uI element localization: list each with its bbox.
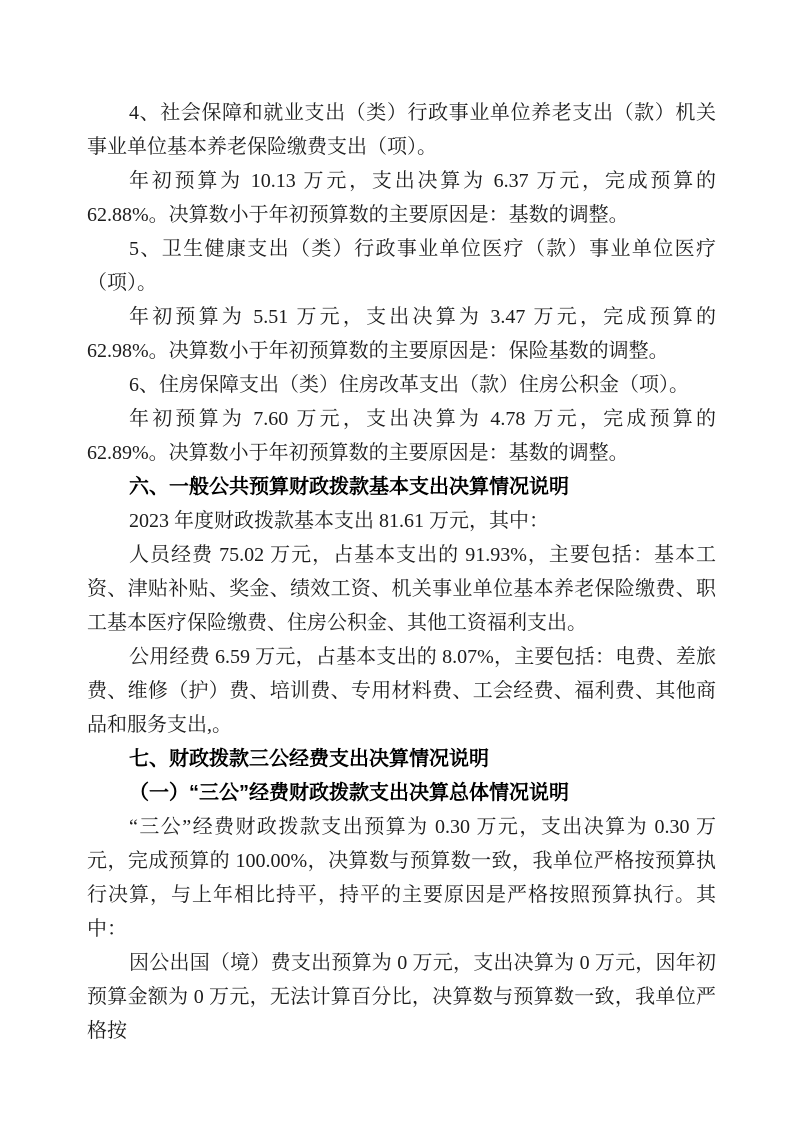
paragraph-item5-budget-detail: 年初预算为 5.51 万元，支出决算为 3.47 万元，完成预算的 62.98%… xyxy=(87,300,716,368)
heading-section-6-basic-expenditure: 六、一般公共预算财政拨款基本支出决算情况说明 xyxy=(87,470,716,504)
paragraph-item5-health-title: 5、卫生健康支出（类）行政事业单位医疗（款）事业单位医疗（项）。 xyxy=(87,232,716,300)
paragraph-public-funds: 公用经费 6.59 万元，占基本支出的 8.07%，主要包括：电费、差旅费、维修… xyxy=(87,640,716,742)
document-body: 4、社会保障和就业支出（类）行政事业单位养老支出（款）机关事业单位基本养老保险缴… xyxy=(87,96,716,1048)
paragraph-personnel-funds: 人员经费 75.02 万元，占基本支出的 91.93%，主要包括：基本工资、津贴… xyxy=(87,538,716,640)
paragraph-item6-housing-title: 6、住房保障支出（类）住房改革支出（款）住房公积金（项）。 xyxy=(87,368,716,402)
paragraph-item6-budget-detail: 年初预算为 7.60 万元，支出决算为 4.78 万元，完成预算的 62.89%… xyxy=(87,402,716,470)
paragraph-item4-social-security-title: 4、社会保障和就业支出（类）行政事业单位养老支出（款）机关事业单位基本养老保险缴… xyxy=(87,96,716,164)
paragraph-three-public-funds-detail: “三公”经费财政拨款支出预算为 0.30 万元，支出决算为 0.30 万元，完成… xyxy=(87,810,716,946)
heading-section-7-1-overall-situation: （一）“三公”经费财政拨款支出决算总体情况说明 xyxy=(87,776,716,810)
paragraph-overseas-trips-detail: 因公出国（境）费支出预算为 0 万元，支出决算为 0 万元，因年初预算金额为 0… xyxy=(87,946,716,1048)
heading-section-7-three-public-funds: 七、财政拨款三公经费支出决算情况说明 xyxy=(87,742,716,776)
paragraph-item4-budget-detail: 年初预算为 10.13 万元，支出决算为 6.37 万元，完成预算的 62.88… xyxy=(87,164,716,232)
paragraph-2023-basic-expenditure-total: 2023 年度财政拨款基本支出 81.61 万元，其中： xyxy=(87,504,716,538)
document-page: 4、社会保障和就业支出（类）行政事业单位养老支出（款）机关事业单位基本养老保险缴… xyxy=(0,0,793,1122)
